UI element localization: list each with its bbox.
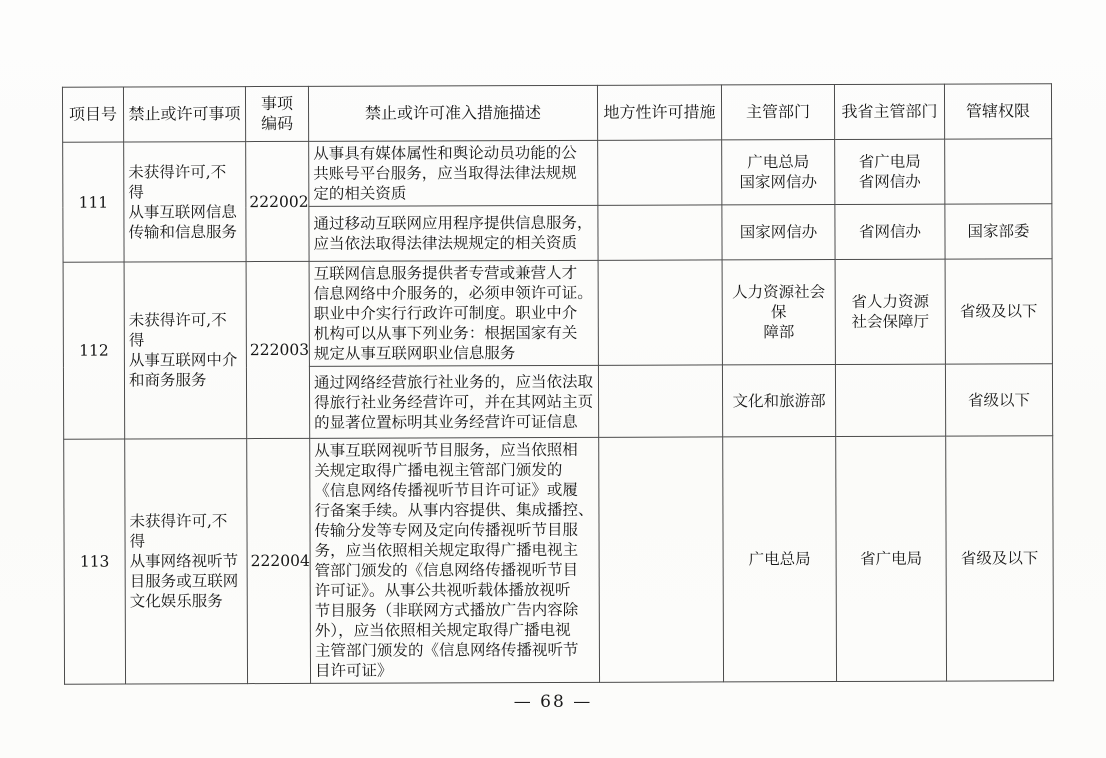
header-project-number: 项目号 — [62, 87, 123, 142]
page-number: — 68 — — [0, 692, 1106, 712]
measure-cell: 互联网信息服务提供者专营或兼营人才 信息网络中介服务的，必须申领许可证。 职业中… — [309, 260, 598, 366]
header-item-code: 事项 编码 — [245, 86, 308, 141]
table-row: 112 未获得许可,不得 从事互联网中介 和商务服务 222003 互联网信息服… — [63, 259, 1052, 367]
jurisdiction-cell: 省级以下 — [945, 364, 1052, 436]
project-number-cell: 113 — [64, 439, 126, 684]
province-dept-cell: 省网信办 — [835, 204, 945, 259]
item-cell: 未获得许可,不得 从事网络视听节 目服务或互联网 文化娱乐服务 — [125, 439, 248, 684]
local-measure-cell — [598, 140, 722, 205]
header-measure-description: 禁止或许可准入措施描述 — [308, 85, 597, 141]
dept-cell: 广电总局 — [723, 437, 837, 682]
jurisdiction-cell: 省级及以下 — [946, 436, 1054, 681]
table-row: 113 未获得许可,不得 从事网络视听节 目服务或互联网 文化娱乐服务 2220… — [64, 436, 1054, 684]
table-row: 111 未获得许可,不得 从事互联网信息 传输和信息服务 222002 从事具有… — [63, 139, 1052, 207]
header-prohibited-item: 禁止或许可事项 — [123, 87, 245, 142]
project-number-cell: 111 — [63, 142, 124, 262]
jurisdiction-cell: 国家部委 — [945, 204, 1052, 259]
dept-cell: 广电总局 国家网信办 — [722, 140, 835, 205]
header-local-measure: 地方性许可措施 — [597, 85, 721, 140]
item-cell: 未获得许可,不得 从事互联网信息 传输和信息服务 — [124, 142, 246, 262]
dept-cell: 国家网信办 — [722, 205, 835, 260]
measure-cell: 从事具有媒体属性和舆论动员功能的公 共账号平台服务，应当取得法律法规规 定的相关… — [309, 140, 598, 206]
measure-cell: 通过移动互联网应用程序提供信息服务， 应当依法取得法律法规规定的相关资质 — [309, 205, 598, 261]
dept-cell: 文化和旅游部 — [722, 365, 835, 437]
project-number-cell: 112 — [63, 262, 125, 439]
province-dept-cell: 省广电局 — [836, 436, 947, 681]
province-dept-cell: 省广电局 省网信办 — [835, 139, 945, 204]
document-page: 项目号 禁止或许可事项 事项 编码 禁止或许可准入措施描述 地方性许可措施 主管… — [0, 0, 1106, 758]
jurisdiction-cell — [945, 139, 1052, 204]
item-cell: 未获得许可,不得 从事互联网中介 和商务服务 — [124, 262, 247, 439]
province-dept-cell — [835, 364, 945, 436]
measure-cell: 从事互联网视听节目服务，应当依照相 关规定取得广播电视主管部门颁发的 《信息网络… — [310, 437, 600, 683]
measure-cell: 通过网络经营旅行社业务的，应当依法取 得旅行社业务经营许可，并在其网站主页 的显… — [309, 365, 598, 438]
code-cell: 222002 — [246, 141, 309, 261]
table-header-row: 项目号 禁止或许可事项 事项 编码 禁止或许可准入措施描述 地方性许可措施 主管… — [62, 84, 1051, 142]
code-cell: 222003 — [246, 261, 310, 438]
local-measure-cell — [598, 205, 722, 260]
header-province-dept: 我省主管部门 — [834, 84, 944, 139]
header-jurisdiction: 管辖权限 — [944, 84, 1051, 139]
jurisdiction-cell: 省级及以下 — [945, 259, 1052, 364]
code-cell: 222004 — [247, 438, 311, 683]
province-dept-cell: 省人力资源 社会保障厅 — [835, 259, 945, 364]
dept-cell: 人力资源社会保 障部 — [722, 260, 835, 365]
permit-items-table: 项目号 禁止或许可事项 事项 编码 禁止或许可准入措施描述 地方性许可措施 主管… — [62, 83, 1054, 684]
local-measure-cell — [599, 437, 724, 682]
local-measure-cell — [598, 365, 722, 437]
header-competent-dept: 主管部门 — [721, 85, 834, 140]
local-measure-cell — [598, 260, 722, 365]
